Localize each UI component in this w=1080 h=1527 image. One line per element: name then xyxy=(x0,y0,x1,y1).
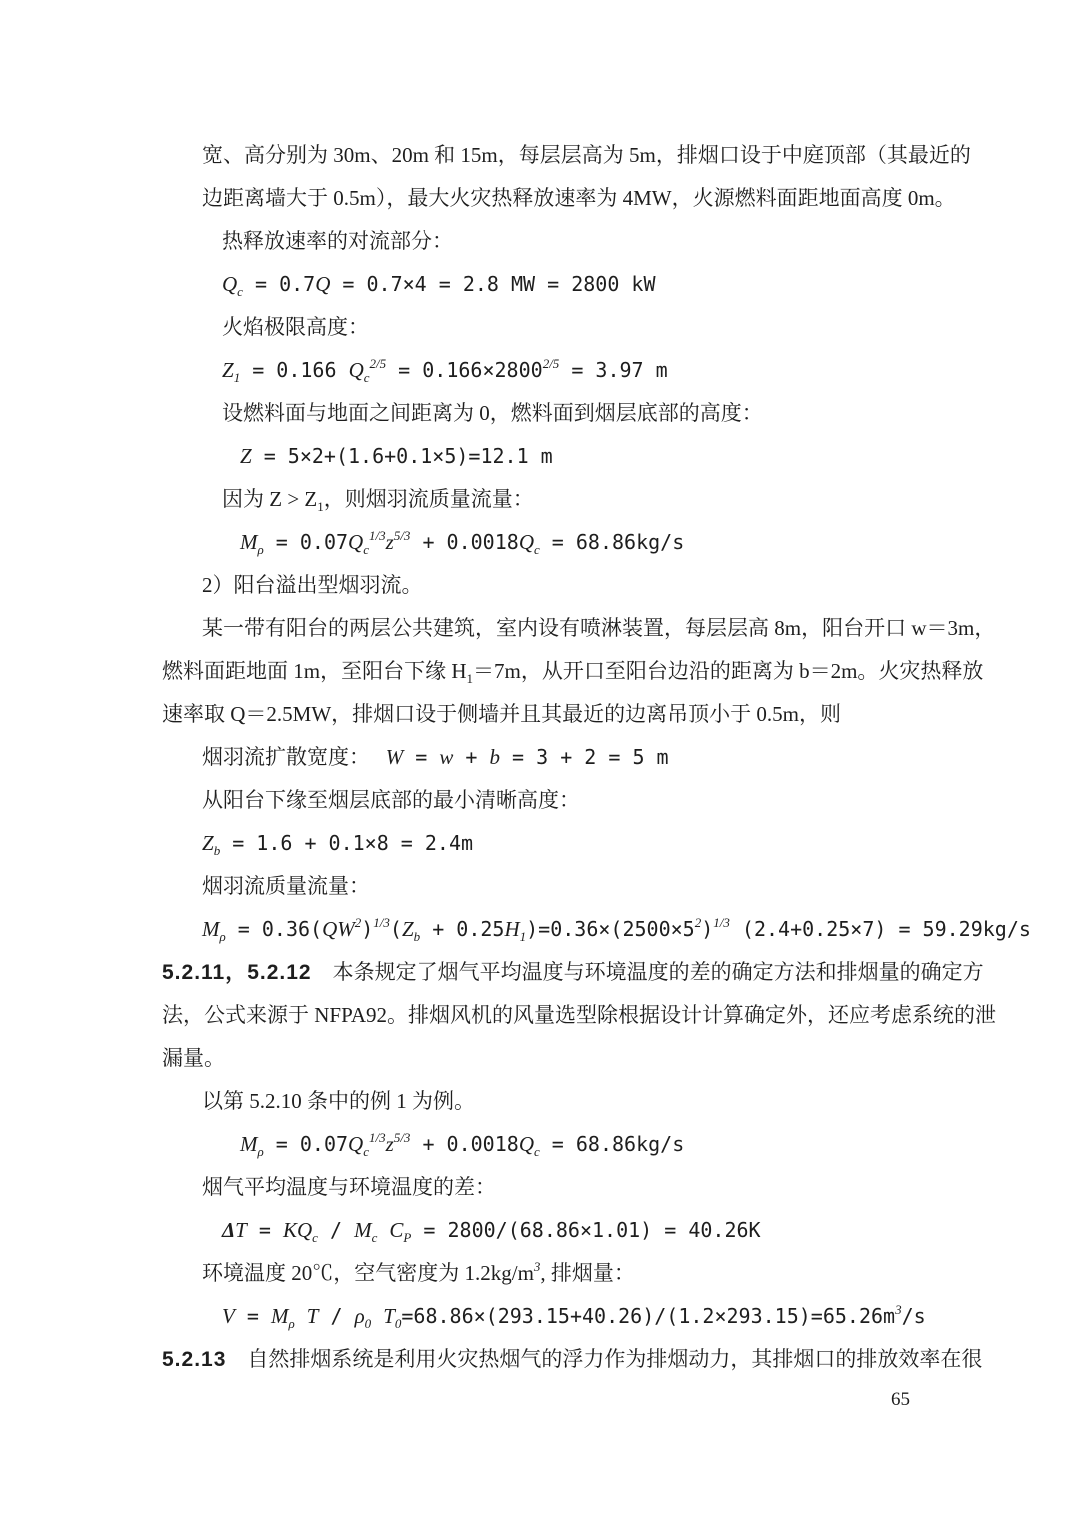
text-segment: Q xyxy=(349,358,364,382)
text-segment: QW xyxy=(322,917,355,941)
text-segment: 2）阳台溢出型烟羽流。 xyxy=(202,573,423,597)
text-segment: Q xyxy=(315,272,330,296)
formula-line: Mρ = 0.07Qc1/3z5/3 + 0.0018Qc = 68.86kg/… xyxy=(162,1123,932,1166)
text-segment: M xyxy=(354,1218,372,1242)
text-segment: c xyxy=(363,1144,369,1159)
formula-line: Z = 5×2+(1.6+0.1×5)=12.1 m xyxy=(162,435,932,478)
text-segment: T xyxy=(383,1304,395,1328)
text-segment: 2/5 xyxy=(370,356,387,371)
paragraph-line: 2）阳台溢出型烟羽流。 xyxy=(162,564,932,607)
text-segment: /s xyxy=(902,1304,926,1328)
text-segment: + 0.25 xyxy=(420,917,504,941)
text-segment: ( xyxy=(390,917,402,941)
paragraph-line: 以第 5.2.10 条中的例 1 为例。 xyxy=(162,1080,932,1123)
text-block: 宽、高分别为 30m、20m 和 15m，每层层高为 5m，排烟口设于中庭顶部（… xyxy=(162,134,932,1381)
text-segment: = xyxy=(247,1218,283,1242)
paragraph-line: 热释放速率的对流部分： xyxy=(162,220,932,263)
text-segment: M xyxy=(202,917,220,941)
paragraph-line: 烟羽流扩散宽度： W = w + b = 3 + 2 = 5 m xyxy=(162,736,932,779)
text-segment: ) xyxy=(361,917,373,941)
paragraph-line: 宽、高分别为 30m、20m 和 15m，每层层高为 5m，排烟口设于中庭顶部（… xyxy=(162,134,932,177)
text-segment: 5.2.13 xyxy=(162,1348,226,1371)
text-segment: Q xyxy=(519,1132,534,1156)
formula-line: Z1 = 0.166 Qc2/5 = 0.166×28002/5 = 3.97 … xyxy=(162,349,932,392)
text-segment: = 0.36( xyxy=(226,917,322,941)
paragraph-line: 速率取 Q＝2.5MW，排烟口设于侧墙并且其最近的边离吊顶小于 0.5m，则 xyxy=(162,693,932,736)
paragraph-line: 从阳台下缘至烟层底部的最小清晰高度： xyxy=(162,779,932,822)
formula-line: Zb = 1.6 + 0.1×8 = 2.4m xyxy=(162,822,932,865)
section-heading-line: 5.2.13 自然排烟系统是利用火灾热烟气的浮力作为排烟动力，其排烟口的排放效率… xyxy=(162,1338,932,1381)
text-segment: 以第 5.2.10 条中的例 1 为例。 xyxy=(202,1089,475,1113)
text-segment xyxy=(377,1218,389,1242)
text-segment: ) xyxy=(701,917,713,941)
page-number: 65 xyxy=(162,1388,910,1412)
text-segment: )=0.36×(2500×5 xyxy=(526,917,695,941)
text-segment: 1/3 xyxy=(713,915,730,930)
paragraph-line: 烟气平均温度与环境温度的差： xyxy=(162,1166,932,1209)
text-segment: = 0.07 xyxy=(264,1132,348,1156)
text-segment: 5.2.11，5.2.12 xyxy=(162,961,312,984)
text-segment xyxy=(295,1304,307,1328)
text-segment: Q xyxy=(348,530,363,554)
paragraph-line: 设燃料面与地面之间距离为 0，燃料面到烟层底部的高度： xyxy=(162,392,932,435)
text-segment: c xyxy=(364,370,370,385)
text-segment: 从阳台下缘至烟层底部的最小清晰高度： xyxy=(202,788,580,812)
text-segment: 1/3 xyxy=(373,915,390,930)
text-segment: = 68.86kg/s xyxy=(540,530,685,554)
paragraph-line: 漏量。 xyxy=(162,1037,932,1080)
text-segment: T xyxy=(235,1218,247,1242)
text-segment: ，则烟羽流质量流量： xyxy=(324,487,534,511)
text-segment: b xyxy=(490,745,501,769)
text-segment: T xyxy=(307,1304,319,1328)
text-segment: + 0.0018 xyxy=(410,1132,518,1156)
text-segment: = 3.97 m xyxy=(559,358,667,382)
text-segment: Z xyxy=(240,444,252,468)
text-segment: 1/3 xyxy=(369,1130,386,1145)
text-segment: w xyxy=(439,745,453,769)
text-segment: 本条规定了烟气平均温度与环境温度的差的确定方法和排烟量的确定方 xyxy=(312,960,984,984)
text-segment: 环境温度 20℃，空气密度为 1.2kg/m xyxy=(202,1261,534,1285)
text-segment: = 0.7×4 = 2.8 MW = 2800 kW xyxy=(330,272,655,296)
text-segment: 烟羽流扩散宽度： xyxy=(202,745,386,769)
text-segment: 2/5 xyxy=(543,356,560,371)
text-segment: = 0.166×2800 xyxy=(386,358,543,382)
text-segment: / xyxy=(318,1304,354,1328)
text-segment: H xyxy=(504,917,519,941)
paragraph-line: 燃料面距地面 1m，至阳台下缘 H1＝7m，从开口至阳台边沿的距离为 b＝2m。… xyxy=(162,650,932,693)
text-segment: + xyxy=(453,745,489,769)
text-segment: ρ xyxy=(288,1316,294,1331)
text-segment: Q xyxy=(348,1132,363,1156)
text-segment: 某一带有阳台的两层公共建筑，室内设有喷淋装置，每层层高 8m，阳台开口 w＝3m… xyxy=(202,616,995,640)
text-segment: C xyxy=(389,1218,403,1242)
formula-line: V = Mρ T / ρ0 T0=68.86×(293.15+40.26)/(1… xyxy=(162,1295,932,1338)
text-segment: 5/3 xyxy=(394,528,411,543)
text-segment: 热释放速率的对流部分： xyxy=(222,229,453,253)
text-segment: Z xyxy=(202,831,214,855)
text-segment: Z xyxy=(222,358,234,382)
paragraph-line: 火焰极限高度： xyxy=(162,306,932,349)
text-segment: = xyxy=(403,745,439,769)
text-segment: 自然排烟系统是利用火灾热烟气的浮力作为排烟动力，其排烟口的排放效率在很 xyxy=(226,1347,982,1371)
text-segment: =68.86×(293.15+40.26)/(1.2×293.15)=65.26… xyxy=(401,1304,895,1328)
paragraph-line: 环境温度 20℃，空气密度为 1.2kg/m3, 排烟量： xyxy=(162,1252,932,1295)
text-segment: W xyxy=(386,745,404,769)
text-segment: = 68.86kg/s xyxy=(540,1132,685,1156)
text-segment: z xyxy=(386,530,394,554)
text-segment: KQ xyxy=(283,1218,312,1242)
text-segment: 烟气平均温度与环境温度的差： xyxy=(202,1175,496,1199)
text-segment: = 2800/(68.86×1.01) = 40.26K xyxy=(411,1218,760,1242)
text-segment: = 0.07 xyxy=(264,530,348,554)
text-segment: + 0.0018 xyxy=(410,530,518,554)
text-segment: Δ xyxy=(222,1218,235,1242)
text-segment xyxy=(371,1304,383,1328)
text-segment: 漏量。 xyxy=(162,1046,225,1070)
text-segment: = 1.6 + 0.1×8 = 2.4m xyxy=(220,831,473,855)
text-segment: M xyxy=(240,1132,258,1156)
document-page: 宽、高分别为 30m、20m 和 15m，每层层高为 5m，排烟口设于中庭顶部（… xyxy=(0,0,1080,1527)
text-segment: ＝7m，从开口至阳台边沿的距离为 b＝2m。火灾热释放 xyxy=(473,659,983,683)
text-segment: Q xyxy=(519,530,534,554)
text-segment: 边距离墙大于 0.5m），最大火灾热释放速率为 4MW，火源燃料面距地面高度 0… xyxy=(202,186,956,210)
text-segment: / xyxy=(318,1218,354,1242)
text-segment: 5/3 xyxy=(394,1130,411,1145)
text-segment: c xyxy=(363,542,369,557)
text-segment: Z xyxy=(402,917,414,941)
paragraph-line: 某一带有阳台的两层公共建筑，室内设有喷淋装置，每层层高 8m，阳台开口 w＝3m… xyxy=(162,607,932,650)
text-segment: = 3 + 2 = 5 m xyxy=(500,745,669,769)
paragraph-line: 法，公式来源于 NFPA92。排烟风机的风量选型除根据设计计算确定外，还应考虑系… xyxy=(162,994,932,1037)
formula-line: Mρ = 0.07Qc1/3z5/3 + 0.0018Qc = 68.86kg/… xyxy=(162,521,932,564)
section-heading-line: 5.2.11，5.2.12 本条规定了烟气平均温度与环境温度的差的确定方法和排烟… xyxy=(162,951,932,994)
text-segment: 烟羽流质量流量： xyxy=(202,874,370,898)
text-segment: ρ xyxy=(355,1304,365,1328)
formula-line: Mρ = 0.36(QW2)1/3(Zb + 0.25H1)=0.36×(250… xyxy=(162,908,932,951)
text-segment: = 5×2+(1.6+0.1×5)=12.1 m xyxy=(252,444,553,468)
formula-line: ΔT = KQc / Mc CP = 2800/(68.86×1.01) = 4… xyxy=(162,1209,932,1252)
text-segment: = xyxy=(235,1304,271,1328)
text-segment: 速率取 Q＝2.5MW，排烟口设于侧墙并且其最近的边离吊顶小于 0.5m，则 xyxy=(162,702,841,726)
text-segment: = 0.166 xyxy=(240,358,348,382)
text-segment: M xyxy=(271,1304,289,1328)
text-segment: = 0.7 xyxy=(243,272,315,296)
text-segment: (2.4+0.25×7) = 59.29kg/s xyxy=(730,917,1031,941)
text-segment: 法，公式来源于 NFPA92。排烟风机的风量选型除根据设计计算确定外，还应考虑系… xyxy=(162,1003,996,1027)
text-segment: 燃料面距地面 1m，至阳台下缘 H xyxy=(162,659,467,683)
paragraph-line: 边距离墙大于 0.5m），最大火灾热释放速率为 4MW，火源燃料面距地面高度 0… xyxy=(162,177,932,220)
formula-line: Qc = 0.7Q = 0.7×4 = 2.8 MW = 2800 kW xyxy=(162,263,932,306)
text-segment: M xyxy=(240,530,258,554)
text-segment: , 排烟量： xyxy=(540,1261,635,1285)
text-segment: 1/3 xyxy=(369,528,386,543)
text-segment: z xyxy=(386,1132,394,1156)
text-segment: 因为 Z > Z xyxy=(222,487,317,511)
text-segment: V xyxy=(222,1304,235,1328)
text-segment: 火焰极限高度： xyxy=(222,315,369,339)
paragraph-line: 烟羽流质量流量： xyxy=(162,865,932,908)
text-segment: Q xyxy=(222,272,237,296)
text-segment: 设燃料面与地面之间距离为 0，燃料面到烟层底部的高度： xyxy=(222,401,763,425)
paragraph-line: 因为 Z > Z1，则烟羽流质量流量： xyxy=(162,478,932,521)
text-segment: 宽、高分别为 30m、20m 和 15m，每层层高为 5m，排烟口设于中庭顶部（… xyxy=(202,143,971,167)
